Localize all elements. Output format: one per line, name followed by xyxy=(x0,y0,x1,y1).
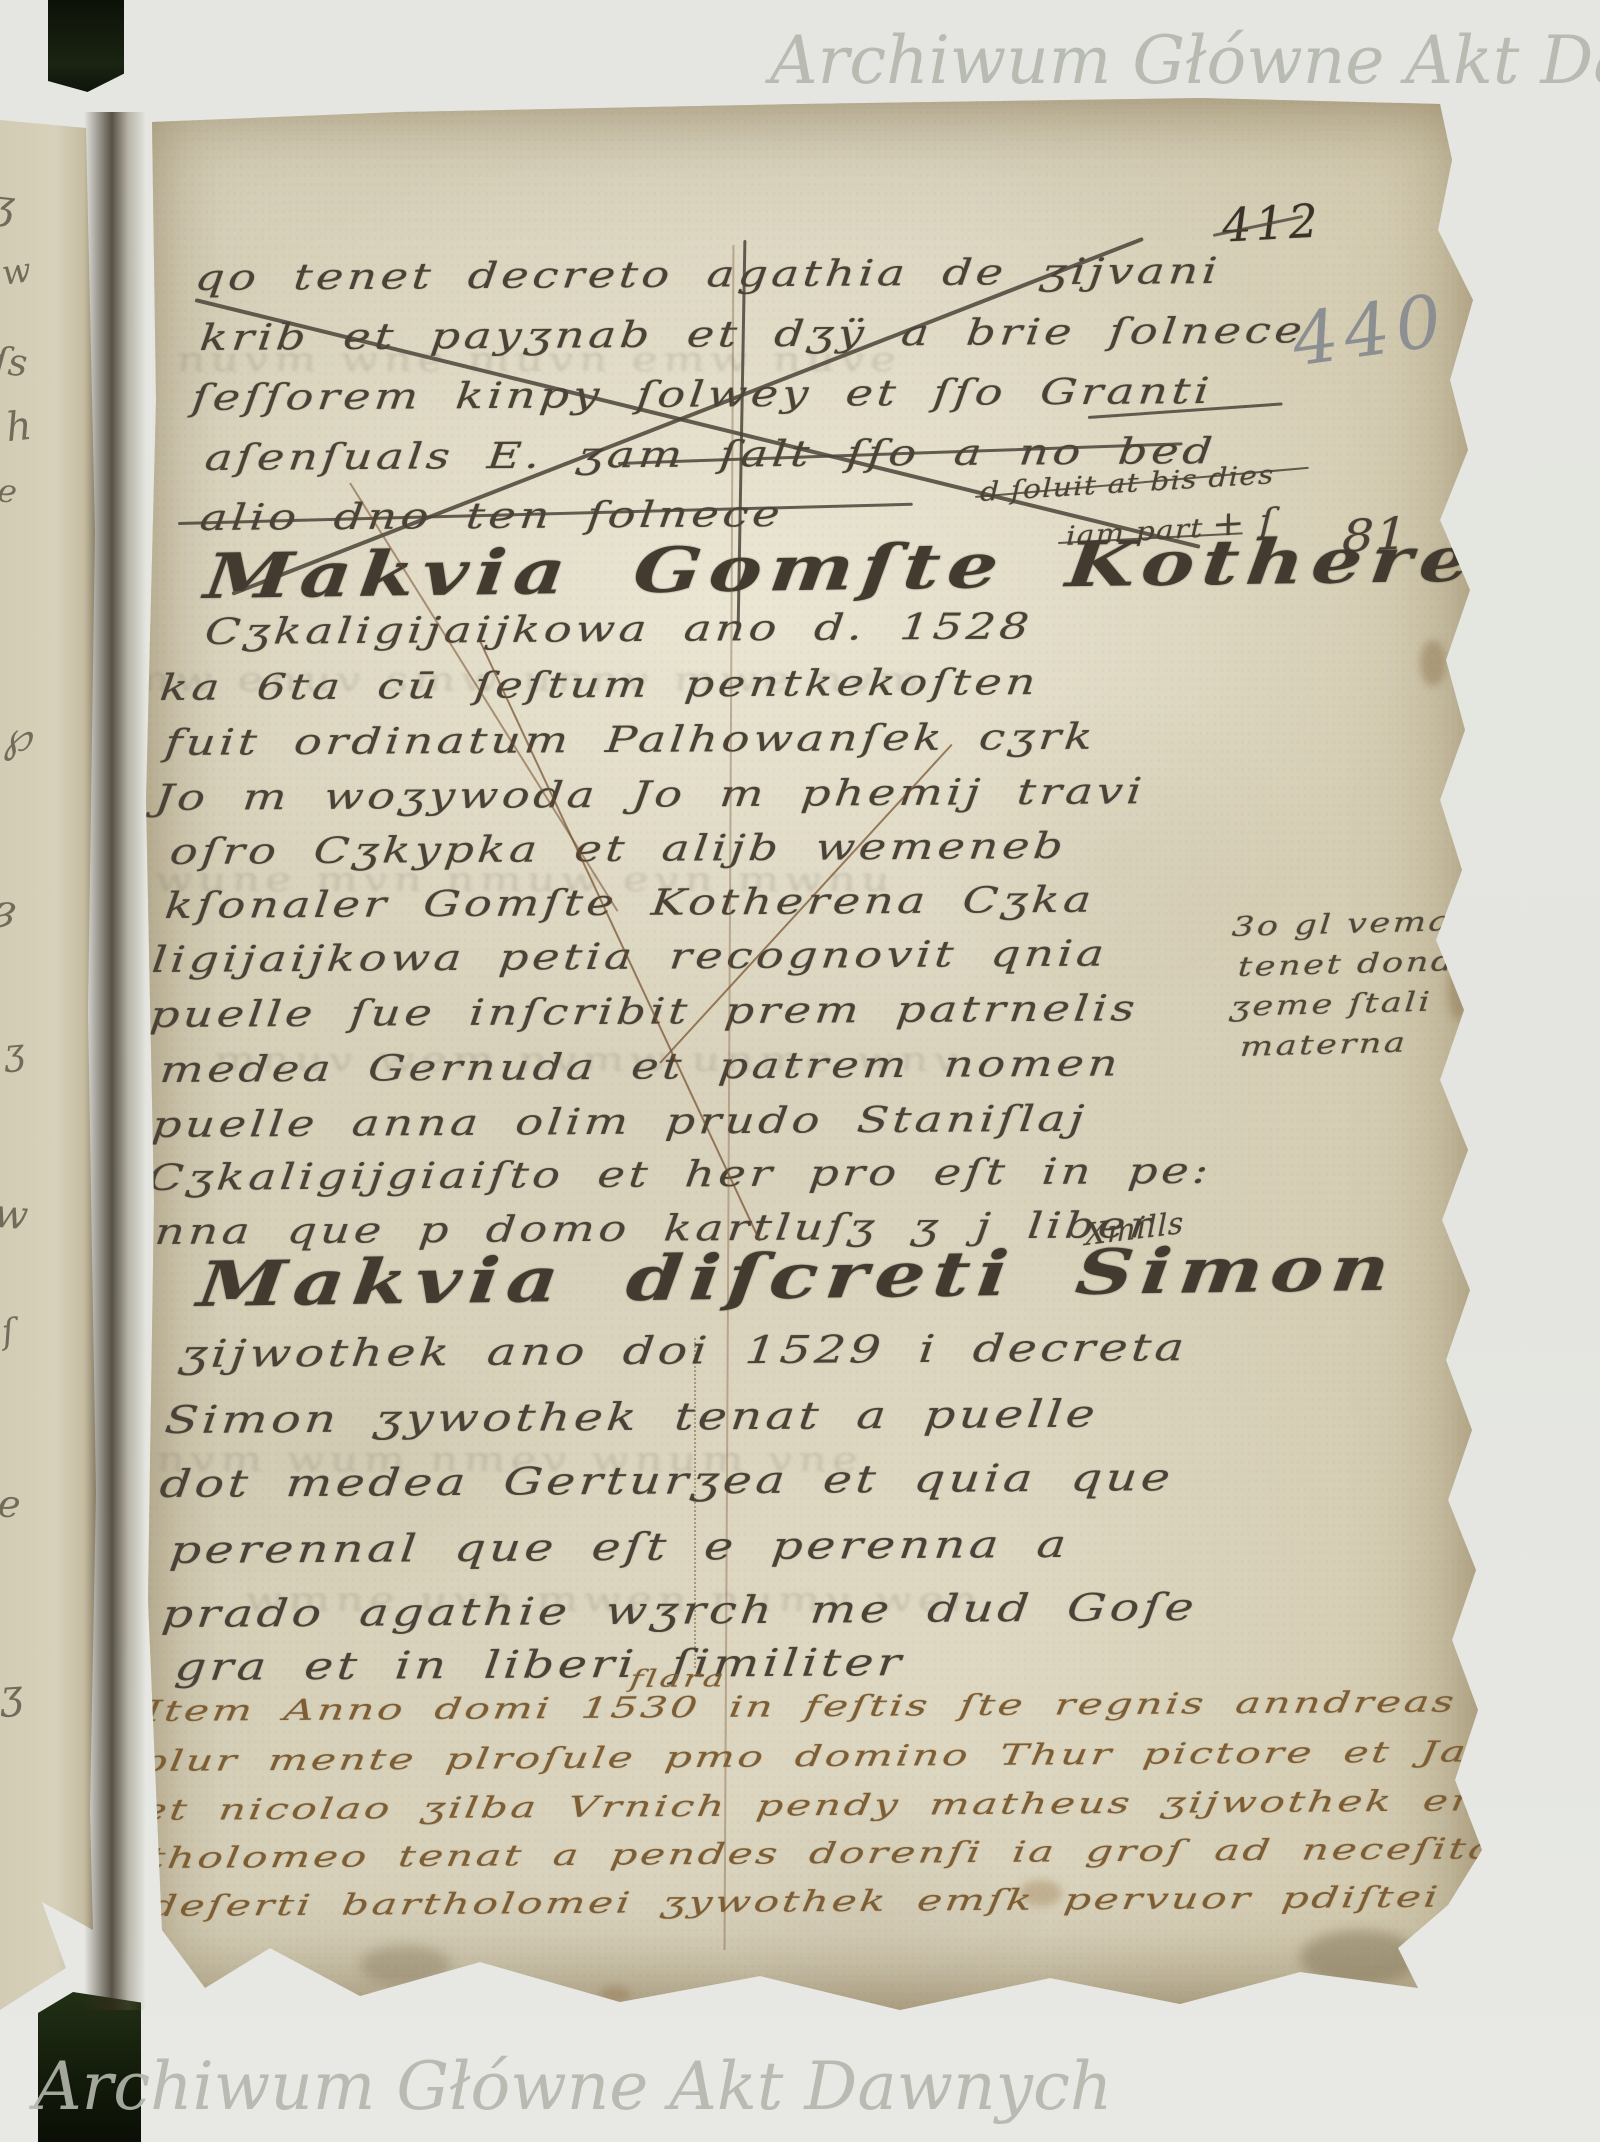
watermark-bottom: Archiwum Główne Akt Dawnych xyxy=(34,2048,1112,2125)
neighbor-ink-fragment: w xyxy=(0,1191,30,1240)
bookmark-ribbon-top xyxy=(48,0,124,92)
margin-note-line: ʒeme ſtali xyxy=(1229,987,1433,1024)
body-line: prado agathie wʒrch me dud Goſe xyxy=(160,1585,1200,1636)
body-line: oſro Cʒkypka et alijb wemeneb xyxy=(168,826,1069,873)
neighbor-ink-fragment: ſs xyxy=(0,339,29,385)
margin-note-line: tenet dond xyxy=(1237,946,1457,983)
body-line: Cʒkaligijaijkowa ano d. 1528 xyxy=(203,606,1035,653)
paper-stain xyxy=(1448,960,1468,1020)
body-line: Jo m woʒywoda Jo m phemij travi xyxy=(153,771,1147,819)
body-line: dot medea Gerturʒea et quia que xyxy=(158,1455,1176,1506)
body-line: kſonaler Gomſte Kotherena Cʒka xyxy=(163,880,1097,927)
body-line: puelle anna olim prudo Staniſlaj xyxy=(150,1099,1089,1146)
body-line: ka 6ta cū ſeſtum pentkekoſten xyxy=(158,662,1041,709)
cancelled-entry-line: qo tenet decreto agathia de ʒijvani xyxy=(193,251,1223,299)
neighbor-ink-fragment: ȝ xyxy=(0,886,18,932)
neighbor-ink-fragment: ſ xyxy=(0,1311,17,1352)
page-gap-shadow xyxy=(84,112,146,2010)
neighbor-ink-fragment: e xyxy=(0,1481,23,1527)
body-line: Simon ʒywothek tenat a puelle xyxy=(163,1392,1101,1442)
neighbor-ink-fragment: h xyxy=(4,403,34,451)
tear-crumple xyxy=(360,1945,450,1985)
paper-stain xyxy=(1020,1880,1062,1906)
body-line: medea Gernuda et patrem nomen xyxy=(158,1043,1123,1091)
margin-note-line: 3o gl vema xyxy=(1231,906,1453,943)
paper-stain xyxy=(600,1986,630,2002)
body-line: ʒijwothek ano doi 1529 i decreta xyxy=(178,1325,1190,1376)
watermark-top: Archiwum Główne Akt Dawnych xyxy=(770,22,1600,99)
neighbor-ink-fragment: e xyxy=(0,471,19,511)
later-entry-superscript: flara xyxy=(628,1664,728,1693)
neighbor-ink-fragment: ʒ xyxy=(2,1031,26,1074)
neighbor-ink-fragment: ʒ xyxy=(0,1671,24,1718)
tear-crumple xyxy=(1300,1930,1420,1985)
body-line: gra et in liberi ſimiliter xyxy=(173,1640,907,1689)
body-line: perennal que eſt e perenna a xyxy=(168,1522,1072,1572)
paper-stain xyxy=(1420,640,1446,686)
archival-scan: ʒ w ſs h e ℘ ȝ ʒ w ſ e ʒ nmw enuv smw un… xyxy=(0,0,1600,2142)
cancelled-entry-line: krib et payʒnab et dʒÿ a brie ſolnece xyxy=(198,310,1308,359)
neighbor-ink-fragment: ℘ xyxy=(0,711,33,762)
body-line: Cʒkaligijgiaiſto et her pro eſt in pe: xyxy=(146,1151,1214,1199)
manuscript-page: nmw enuv smw unnv mwe nvm wune mvn nmuw … xyxy=(0,0,1600,2142)
neighbor-ink-fragment: w xyxy=(0,250,34,294)
neighbor-ink-fragment: ʒ xyxy=(0,181,17,229)
margin-note-line: materna xyxy=(1239,1027,1409,1063)
body-line: fuit ordinatum Palhowanſek cʒrk xyxy=(163,717,1098,764)
body-line: ligijaijkowa petia recognovit qnia xyxy=(150,933,1110,981)
